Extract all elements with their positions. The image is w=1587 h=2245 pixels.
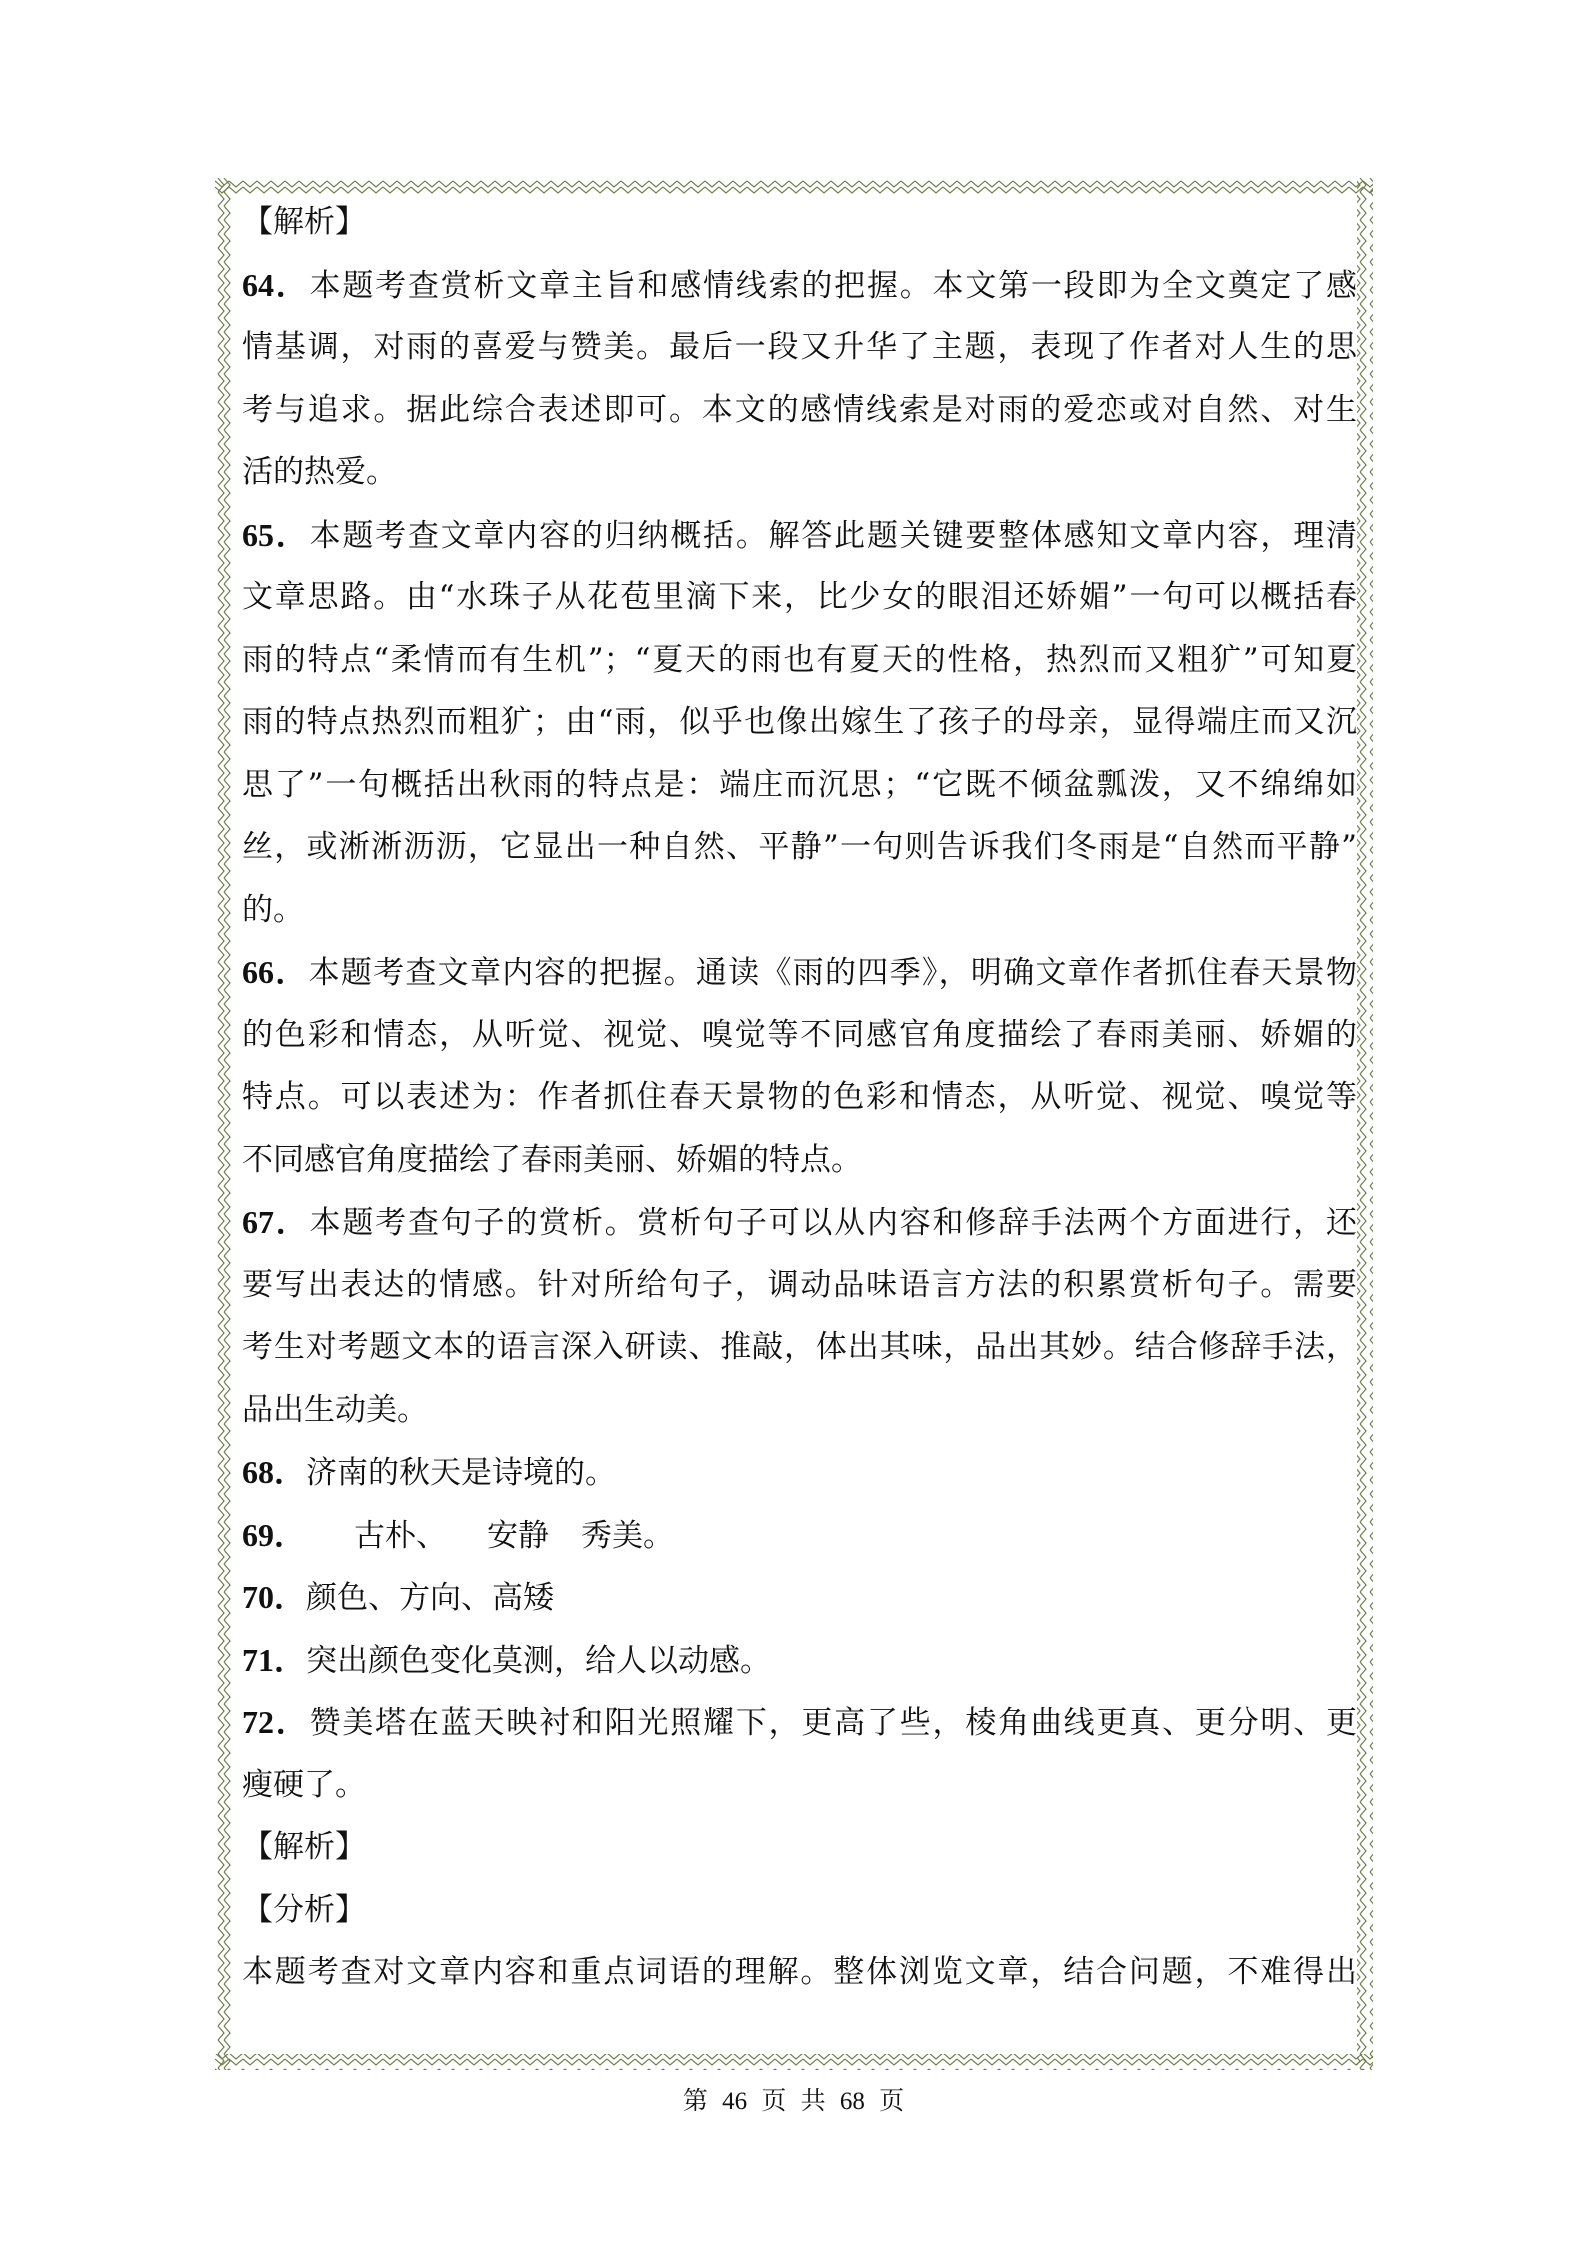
analysis-paragraph-line-1: 本题考查对文章内容和重点词语的理解。整体浏览文章，结合问题，不难得出 xyxy=(242,1941,1357,2004)
answer-65-line-2: 文章思路。由“水珠子从花苞里滴下来，比少女的眼泪还娇媚”一句可以概括春 xyxy=(242,566,1357,629)
answer-number: 72． xyxy=(242,1704,310,1740)
answer-67-line-2: 要写出表达的情感。针对所给句子，调动品味语言方法的积累赏析句子。需要 xyxy=(242,1254,1357,1317)
answer-65-line-5: 思了”一句概括出秋雨的特点是：端庄而沉思；“它既不倾盆瓢泼，又不绵绵如 xyxy=(242,754,1357,817)
answer-66-line-3: 特点。可以表述为：作者抓住春天景物的色彩和情态，从听觉、视觉、嗅觉等 xyxy=(242,1066,1357,1129)
answer-72-line-2: 瘦硬了。 xyxy=(242,1754,1357,1817)
answer-67-line-1: 67．本题考查句子的赏析。赏析句子可以从内容和修辞手法两个方面进行，还 xyxy=(242,1191,1357,1254)
answer-65-line-3: 雨的特点“柔情而有生机”；“夏天的雨也有夏天的性格，热烈而又粗犷”可知夏 xyxy=(242,629,1357,692)
answer-64-line-1: 64．本题考查赏析文章主旨和感情线索的把握。本文第一段即为全文奠定了感 xyxy=(242,254,1357,317)
answer-text: 赞美塔在蓝天映衬和阳光照耀下，更高了些，棱角曲线更真、更分明、更 xyxy=(310,1705,1357,1741)
answer-number: 64． xyxy=(242,267,310,303)
answer-72-line-1: 72．赞美塔在蓝天映衬和阳光照耀下，更高了些，棱角曲线更真、更分明、更 xyxy=(242,1691,1357,1754)
answer-66-line-4: 不同感官角度描绘了春雨美丽、娇媚的特点。 xyxy=(242,1129,1357,1192)
answer-66-line-1: 66．本题考查文章内容的把握。通读《雨的四季》，明确文章作者抓住春天景物 xyxy=(242,941,1357,1004)
section-heading-breakdown: 【分析】 xyxy=(242,1879,1357,1942)
answer-part: 秀美。 xyxy=(581,1518,674,1554)
answer-71: 71．突出颜色变化莫测，给人以动感。 xyxy=(242,1629,1357,1692)
answer-number: 71． xyxy=(242,1642,306,1678)
answer-number: 69． xyxy=(242,1517,306,1553)
answer-70: 70．颜色、方向、高矮 xyxy=(242,1566,1357,1629)
answer-number: 70． xyxy=(242,1579,306,1615)
answer-65-line-4: 雨的特点热烈而粗犷；由“雨，似乎也像出嫁生了孩子的母亲，显得端庄而又沉 xyxy=(242,691,1357,754)
section-heading-analysis-2: 【解析】 xyxy=(242,1816,1357,1879)
answer-65-line-7: 的。 xyxy=(242,879,1357,942)
answer-64-line-3: 考与追求。据此综合表述即可。本文的感情线索是对雨的爱恋或对自然、对生 xyxy=(242,379,1357,442)
answer-text: 本题考查文章内容的归纳概括。解答此题关键要整体感知文章内容，理清 xyxy=(310,518,1357,554)
answer-text: 本题考查文章内容的把握。通读《雨的四季》，明确文章作者抓住春天景物 xyxy=(309,955,1357,991)
answer-66-line-2: 的色彩和情态，从听觉、视觉、嗅觉等不同感官角度描绘了春雨美丽、娇媚的 xyxy=(242,1004,1357,1067)
answer-text: 济南的秋天是诗境的。 xyxy=(306,1455,616,1491)
answer-65-line-1: 65．本题考查文章内容的归纳概括。解答此题关键要整体感知文章内容，理清 xyxy=(242,504,1357,567)
answer-67-line-4: 品出生动美。 xyxy=(242,1379,1357,1442)
answer-text: 颜色、方向、高矮 xyxy=(306,1580,554,1616)
page-number-footer: 第 46 页 共 68 页 xyxy=(0,2081,1587,2117)
answer-69: 69．古朴、安静秀美。 xyxy=(242,1504,1357,1567)
answer-64-line-2: 情基调，对雨的喜爱与赞美。最后一段又升华了主题，表现了作者对人生的思 xyxy=(242,316,1357,379)
answer-65-line-6: 丝，或淅淅沥沥，它显出一种自然、平静”一句则告诉我们冬雨是“自然而平静” xyxy=(242,816,1357,879)
answer-64-line-4: 活的热爱。 xyxy=(242,441,1357,504)
answer-68: 68．济南的秋天是诗境的。 xyxy=(242,1441,1357,1504)
answer-text: 本题考查句子的赏析。赏析句子可以从内容和修辞手法两个方面进行，还 xyxy=(310,1205,1357,1241)
section-heading-analysis: 【解析】 xyxy=(242,191,1357,254)
answer-67-line-3: 考生对考题文本的语言深入研读、推敲，体出其味，品出其妙。结合修辞手法， xyxy=(242,1316,1357,1379)
answer-text: 本题考查赏析文章主旨和感情线索的把握。本文第一段即为全文奠定了感 xyxy=(310,268,1357,304)
answer-number: 68． xyxy=(242,1454,306,1490)
answer-part: 安静 xyxy=(487,1518,549,1554)
answer-text: 突出颜色变化莫测，给人以动感。 xyxy=(306,1643,771,1679)
answer-number: 66． xyxy=(242,954,309,990)
answer-part: 古朴、 xyxy=(354,1518,447,1554)
answer-number: 67． xyxy=(242,1204,310,1240)
answer-number: 65． xyxy=(242,517,310,553)
document-body: 【解析】 64．本题考查赏析文章主旨和感情线索的把握。本文第一段即为全文奠定了感… xyxy=(242,191,1357,2004)
